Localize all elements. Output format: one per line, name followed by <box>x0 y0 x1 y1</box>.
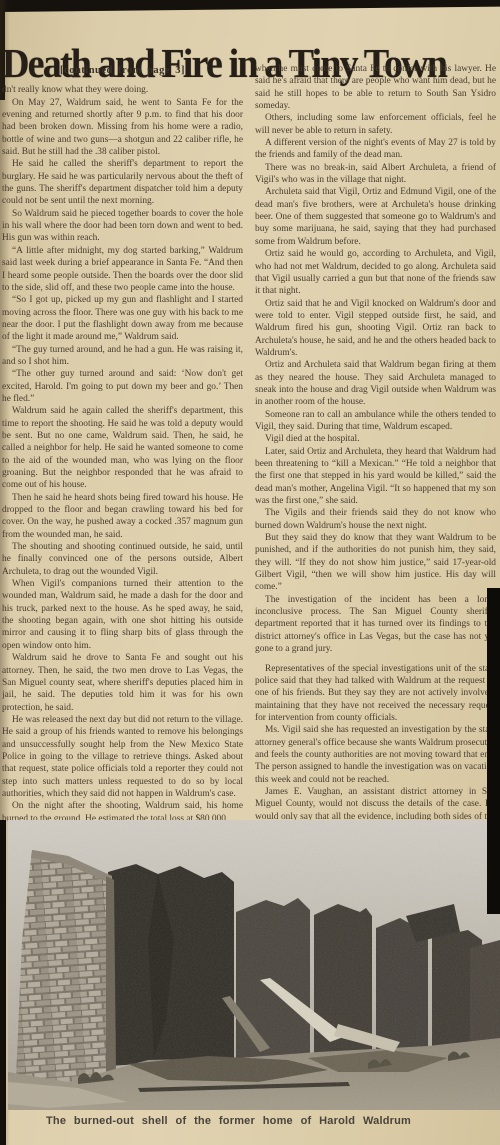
article-paragraph: Others, including some law enforcement o… <box>255 112 496 137</box>
article-paragraph: Later, said Ortiz and Archuleta, they he… <box>255 446 496 508</box>
article-paragraph: The investigation of the incident has be… <box>255 594 496 656</box>
article-paragraph: Someone ran to call an ambulance while t… <box>255 409 496 434</box>
article-paragraph: Waldrum said he drove to Santa Fe and so… <box>2 652 243 714</box>
article-paragraph: James E. Vaughan, an assistant district … <box>255 786 496 823</box>
article-paragraph: A different version of the night's event… <box>255 137 496 162</box>
photo-caption: The burned-out shell of the former home … <box>46 1115 411 1127</box>
article-paragraph: Ortiz said that he and Vigil knocked on … <box>255 298 496 360</box>
left-column-paragraphs: dn't really know what they were doing.On… <box>2 84 243 823</box>
article-column-right: when he must come to Santa Fe to confer … <box>255 63 496 823</box>
article-paragraph: when he must come to Santa Fe to confer … <box>255 63 496 112</box>
article-column-left: [continued from page 3] dn't really know… <box>2 63 243 823</box>
article-paragraph: But they said they do know that they wan… <box>255 532 496 594</box>
article-paragraph: Ortiz said he would go, according to Arc… <box>255 248 496 297</box>
article-paragraph: “So I got up, picked up my gun and flash… <box>2 294 243 343</box>
article-paragraph: Then he said he heard shots being fired … <box>2 492 243 541</box>
photo-burned-house <box>8 820 500 1110</box>
article-paragraph: Ms. Vigil said she has requested an inve… <box>255 724 496 786</box>
article-paragraph: Representatives of the special investiga… <box>255 663 496 725</box>
article-body: [continued from page 3] dn't really know… <box>0 63 500 823</box>
article-paragraph: So Waldrum said he pieced together board… <box>2 208 243 245</box>
article-paragraph: Waldrum said he again called the sheriff… <box>2 405 243 491</box>
article-paragraph: “The guy turned around, and he had a gun… <box>2 344 243 369</box>
article-paragraph: “The other guy turned around and said: ‘… <box>2 368 243 405</box>
article-paragraph: He said he called the sheriff's departme… <box>2 158 243 207</box>
article-paragraph: Archuleta said that Vigil, Ortiz and Edm… <box>255 186 496 248</box>
right-column-paragraphs: when he must come to Santa Fe to confer … <box>255 63 496 823</box>
article-paragraph: On May 27, Waldrum said, he went to Sant… <box>2 97 243 159</box>
article-paragraph: dn't really know what they were doing. <box>2 84 243 96</box>
article-paragraph: Ortiz and Archuleta said that Waldrum be… <box>255 359 496 408</box>
article-paragraph: “A little after midnight, my dog started… <box>2 245 243 294</box>
article-paragraph: There was no break-in, said Albert Archu… <box>255 162 496 187</box>
scan-edge-left-bottom <box>0 820 6 1145</box>
scan-edge-top <box>0 0 500 12</box>
article-paragraph: He was released the next day but did not… <box>2 714 243 800</box>
article-paragraph: Vigil died at the hospital. <box>255 433 496 445</box>
article-paragraph: The Vigils and their friends said they d… <box>255 507 496 532</box>
article-paragraph: When Vigil's companions turned their att… <box>2 578 243 652</box>
scan-edge-right <box>487 588 500 914</box>
article-paragraph: The shouting and shooting continued outs… <box>2 541 243 578</box>
continued-from-note: [continued from page 3] <box>2 65 243 77</box>
